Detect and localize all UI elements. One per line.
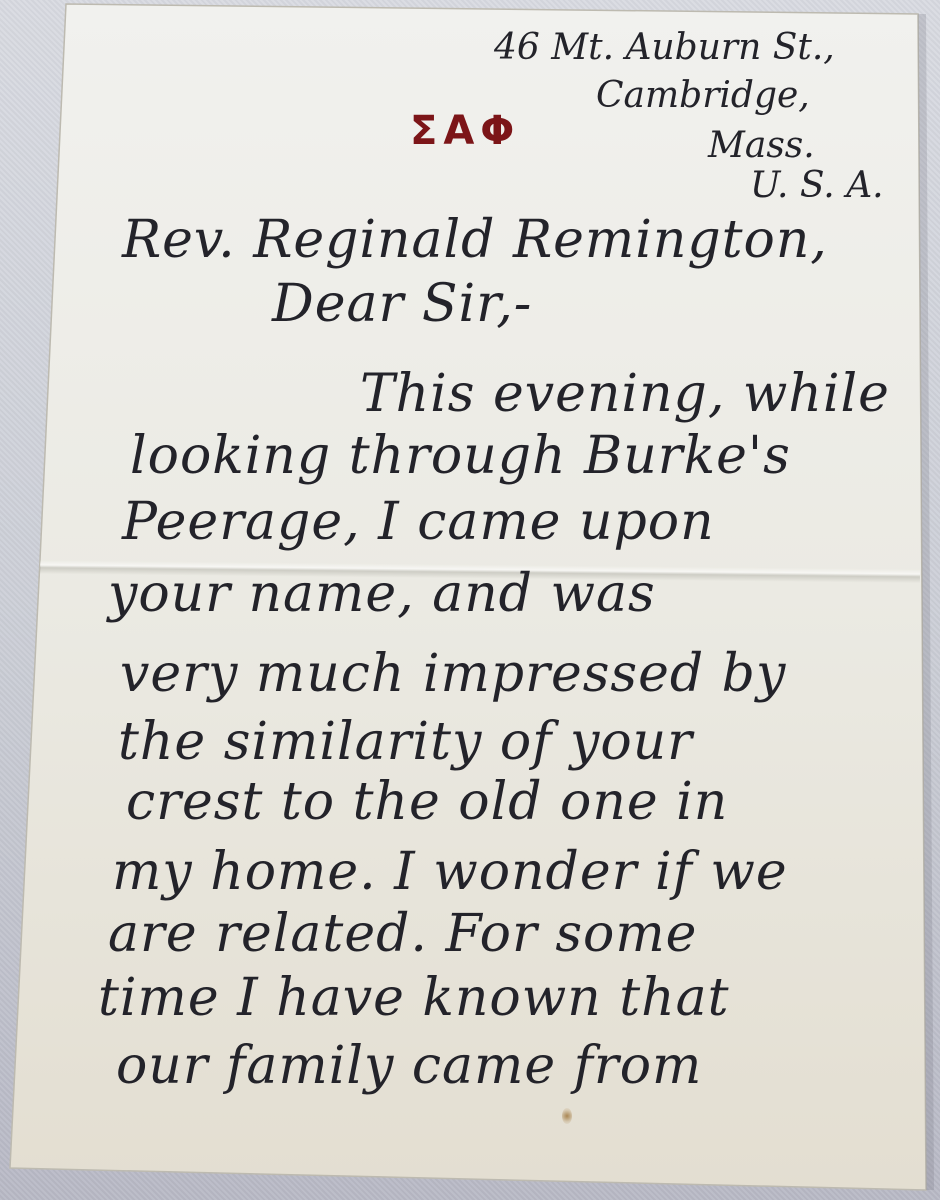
recipient-line: Rev. Reginald Remington, <box>122 214 828 266</box>
address-line-country: U. S. A. <box>750 168 884 204</box>
fraternity-letterhead: ΣΑΦ <box>410 108 520 154</box>
body-line: Peerage, I came upon <box>122 496 715 548</box>
address-line-city: Cambridge, <box>596 78 810 114</box>
body-line: my home. I wonder if we <box>112 846 788 898</box>
body-line: time I have known that <box>98 972 730 1024</box>
body-line: your name, and was <box>108 568 656 620</box>
body-line: looking through Burke's <box>130 430 791 482</box>
letter-paper: ΣΑΦ 46 Mt. Auburn St., Cambridge, Mass. … <box>0 0 940 1200</box>
paper-stain <box>562 1108 572 1124</box>
body-line: our family came from <box>116 1040 702 1092</box>
address-line-street: 46 Mt. Auburn St., <box>494 30 835 66</box>
body-line: very much impressed by <box>120 648 786 700</box>
body-line: the similarity of your <box>118 716 693 768</box>
address-line-state: Mass. <box>708 128 815 164</box>
body-line: crest to the old one in <box>126 776 728 828</box>
body-line: are related. For some <box>108 908 697 960</box>
greeting-line: Dear Sir,- <box>272 278 532 330</box>
body-line: This evening, while <box>360 368 890 420</box>
